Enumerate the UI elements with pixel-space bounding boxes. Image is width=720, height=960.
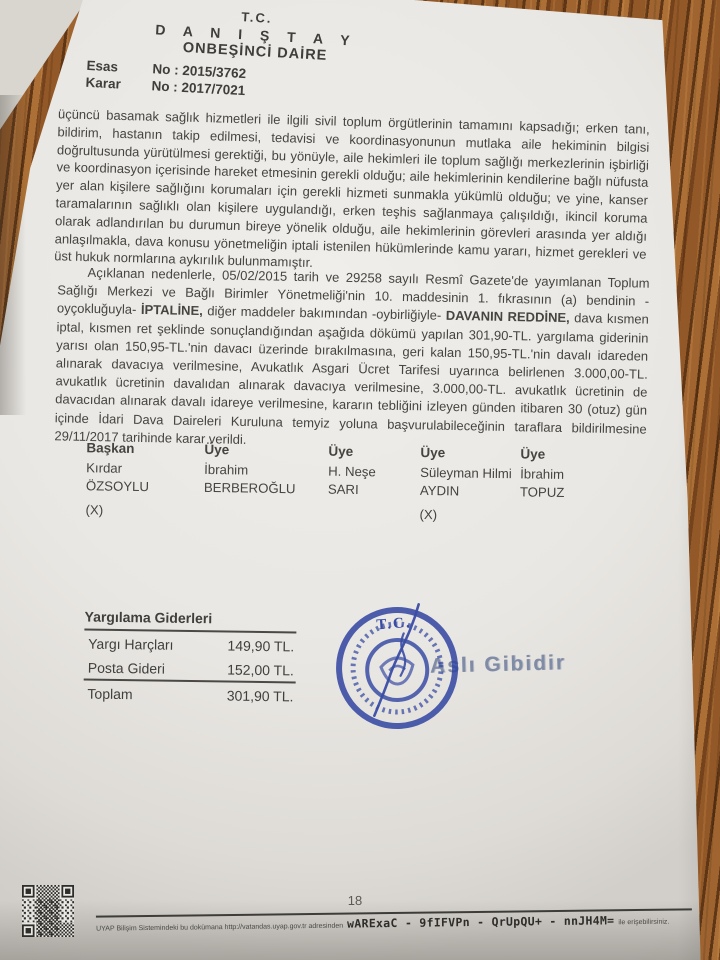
cost-amount: 149,90 TL. [227, 638, 294, 655]
signer-president: Başkan Kırdar ÖZSOYLU (X) [85, 440, 204, 519]
signer-role: Üye [328, 444, 420, 460]
signer-note [328, 506, 420, 507]
official-seal-stamp-icon: T.C. [321, 591, 473, 743]
cost-row-total: Toplam 301,90 TL. [83, 681, 295, 708]
total-label: Toplam [87, 686, 132, 703]
costs-table: Yargılama Giderleri Yargı Harçları 149,9… [83, 609, 296, 708]
signer-first-name: İbrahim [520, 466, 600, 482]
signer-member: Üye Süleyman Hilmi AYDIN (X) [419, 445, 520, 523]
signer-member: Üye İbrahim BERBEROĞLU [203, 442, 328, 521]
decision-segment: dava kısmen iptal, kısmen ret şeklinde s… [54, 311, 649, 447]
total-amount: 301,90 TL. [227, 688, 294, 705]
signer-first-name: Süleyman Hilmi [420, 465, 520, 481]
signer-role: Üye [520, 446, 600, 462]
signer-last-name: TOPUZ [520, 484, 600, 500]
cost-label: Posta Gideri [88, 660, 165, 677]
signer-first-name: H. Neşe [328, 464, 420, 480]
qr-code-icon [22, 884, 74, 938]
karar-label: Karar [85, 74, 152, 94]
cost-label: Yargı Harçları [88, 636, 174, 653]
signer-last-name: AYDIN [420, 483, 520, 499]
cost-row-postage: Posta Gideri 152,00 TL. [84, 655, 296, 684]
signer-role: Üye [204, 442, 328, 459]
signer-member: Üye İbrahim TOPUZ [519, 446, 600, 524]
decision-segment: diğer maddeler bakımından -oybirliğiyle- [203, 304, 446, 324]
signer-first-name: İbrahim [204, 462, 328, 479]
stamp-top-text: T.C. [376, 615, 412, 633]
signer-note: (X) [85, 502, 203, 519]
cost-amount: 152,00 TL. [227, 662, 294, 679]
costs-title: Yargılama Giderleri [84, 609, 296, 634]
signer-note [204, 504, 328, 506]
signer-last-name: SARI [328, 482, 420, 498]
uyap-footer-suffix: ile erişebilirsiniz. [618, 919, 669, 927]
decision-iptal-term: İPTALİNE, [141, 302, 203, 318]
signer-last-name: BERBEROĞLU [204, 480, 328, 497]
signer-note [520, 508, 600, 509]
decision-ret-term: DAVANIN REDDİNE, [446, 308, 570, 325]
signer-last-name: ÖZSOYLU [86, 478, 204, 495]
reasoning-paragraph: üçüncü basamak sağlık hizmetleri ile ilg… [54, 105, 650, 281]
paper-edge-shadow [0, 95, 26, 415]
signer-first-name: Kırdar [86, 460, 204, 477]
signer-member: Üye H. Neşe SARI [327, 444, 420, 522]
document-photo: T.C. D A N I Ş T A Y ONBEŞİNCİ DAİRE Esa… [0, 0, 720, 960]
signer-role: Başkan [86, 440, 204, 457]
signer-role: Üye [420, 445, 520, 461]
cost-row-court-fees: Yargı Harçları 149,90 TL. [84, 631, 296, 658]
decision-paragraph: Açıklanan nedenlerle, 05/02/2015 tarih v… [54, 263, 649, 456]
signature-block: Başkan Kırdar ÖZSOYLU (X) Üye İbrahim BE… [85, 440, 620, 524]
signer-note: (X) [419, 507, 519, 523]
